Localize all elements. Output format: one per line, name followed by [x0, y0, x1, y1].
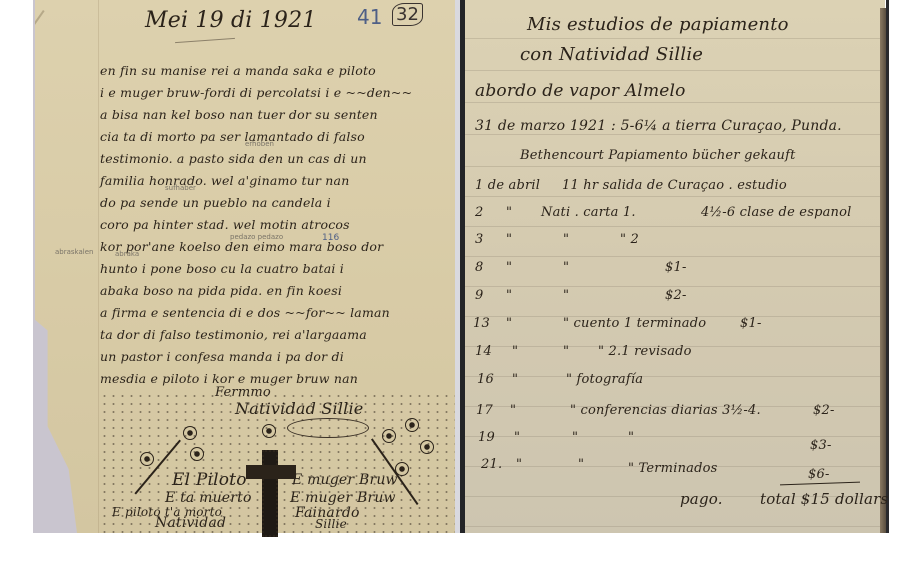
body-line: i e muger bruw-fordi di percolatsi i e ~… [100, 85, 412, 100]
flower-icon [420, 440, 434, 454]
body-line: abaka boso na pida pida. en fin koesi [100, 283, 342, 298]
log-day: 13 [473, 316, 490, 331]
body-line: hunto i pone boso cu la cuatro batai i [100, 261, 344, 276]
pencil-margin-note: abraskalen [55, 248, 93, 256]
log-ditto: " [506, 232, 512, 247]
log-day: 14 [475, 344, 492, 359]
log-entry: " [563, 344, 569, 359]
log-day: 1 de abril [475, 178, 540, 193]
flower-icon [262, 424, 276, 438]
flower-icon [183, 426, 197, 440]
pencil-interlinear-note: abraka [115, 250, 139, 258]
log-ditto: " [506, 288, 512, 303]
log-day: 16 [477, 372, 494, 387]
log-amount: $6- [808, 467, 830, 482]
body-line: a bisa nan kel boso nan tuer dor su sent… [100, 107, 378, 122]
body-line: cia ta di morto pa ser lamantado di fals… [100, 129, 365, 144]
epitaph-left-line: E ta muerto [165, 490, 252, 506]
folio-number-circled: 32 [392, 3, 423, 26]
log-entry: " [563, 232, 569, 247]
epitaph-right-line: Sillie [315, 517, 347, 531]
pencil-interlinear-note: erhoben [245, 140, 274, 148]
log-day: 17 [476, 403, 493, 418]
flower-icon [405, 418, 419, 432]
body-line: un pastor i confesa manda i pa dor di [100, 349, 344, 364]
log-amount: $1- [740, 316, 762, 331]
margin-line [98, 0, 99, 533]
blue-pencil-mark: 116 [322, 233, 339, 243]
log-entry: " [563, 260, 569, 275]
epitaph-right-line: E muger Bruw [292, 472, 398, 488]
log-ditto: " [516, 457, 522, 472]
log-day: 2 [475, 205, 483, 220]
log-entry-extra: " 2 [620, 232, 639, 247]
body-line: kor por'ane koelso den eimo mara boso do… [100, 239, 383, 254]
body-line: coro pa hinter stad. wel motin atrocos [100, 217, 350, 232]
manuscript-photo: Mei 19 di 1921 41 32 en fin su manise re… [0, 0, 921, 563]
pencil-interlinear-note: pedazo pedazo [230, 233, 283, 241]
epitaph-right-line: E muger Bruw [290, 490, 396, 506]
signature: Natividad Sillie [235, 399, 363, 418]
log-entry: " conferencias diarias 3½-4. [570, 403, 761, 418]
log-entry-extra: " 2.1 revisado [598, 344, 692, 359]
log-entry: " fotografía [566, 372, 643, 387]
log-entry: " cuento 1 terminado [563, 316, 706, 331]
log-ditto: " [510, 403, 516, 418]
arrival-date-line: 31 de marzo 1921 : 5-6¼ a tierra Curaçao… [475, 118, 842, 134]
purchase-note: Bethencourt Papiamento bücher gekauft [520, 148, 796, 163]
notebook-subtitle: abordo de vapor Almelo [475, 81, 686, 101]
log-day: 21. [481, 457, 502, 472]
flower-icon [140, 452, 154, 466]
log-amount: $2- [813, 403, 835, 418]
body-line: en fin su manise rei a manda saka e pilo… [100, 63, 376, 78]
log-day: 3 [475, 232, 483, 247]
log-entry: 11 hr salida de Curaçao . estudio [562, 178, 787, 193]
log-ditto: " [512, 344, 518, 359]
body-line: familia honrado. wel a'ginamo tur nan [100, 173, 349, 188]
log-entry: " [563, 288, 569, 303]
right-frame-edge [886, 0, 889, 533]
body-line: ta dor di falso testimonio, rei a'largaa… [100, 327, 367, 342]
log-entry-extra: " [628, 430, 634, 445]
left-date-heading: Mei 19 di 1921 [145, 8, 316, 33]
notebook-title-line: Mis estudios de papiamento [527, 14, 789, 35]
body-line: a firma e sentencia di e dos ~~for~~ lam… [100, 305, 390, 320]
log-entry-extra: " Terminados [628, 461, 718, 476]
log-day: 8 [475, 260, 483, 275]
log-ditto: " [512, 372, 518, 387]
epitaph-left-line: Natividad [155, 515, 226, 531]
log-ditto: " [506, 260, 512, 275]
log-day: 9 [475, 288, 483, 303]
log-ditto: " [506, 205, 512, 220]
paid-label: pago. [680, 490, 723, 508]
oval-flourish [287, 418, 369, 438]
fold-crease [0, 10, 45, 101]
log-entry: Nati . carta 1. [541, 205, 636, 220]
notebook-title-line: con Natividad Sillie [520, 44, 703, 65]
log-entry: " [578, 457, 584, 472]
log-ditto: " [506, 316, 512, 331]
total-label: total $15 dollars [760, 490, 888, 508]
cross-drawing-vertical [262, 450, 278, 537]
folio-number-blue: 41 [357, 5, 382, 29]
flower-icon [190, 447, 204, 461]
log-amount: $1- [665, 260, 687, 275]
body-line: mesdia e piloto i kor e muger bruw nan [100, 371, 358, 386]
cross-drawing-horizontal [246, 465, 296, 479]
epitaph-left-line: El Piloto [172, 470, 247, 490]
pencil-interlinear-note: sufhaber [165, 184, 196, 192]
log-ditto: " [514, 430, 520, 445]
log-amount: $3- [810, 438, 832, 453]
log-entry-extra: 4½-6 clase de espanol [701, 205, 852, 220]
body-line: testimonio. a pasto sida den un cas di u… [100, 151, 367, 166]
log-entry: " [572, 430, 578, 445]
log-amount: $2- [665, 288, 687, 303]
flower-icon [382, 429, 396, 443]
log-day: 19 [478, 430, 495, 445]
closing-word: Fermmo [215, 385, 271, 400]
body-line: do pa sende un pueblo na candela i [100, 195, 331, 210]
